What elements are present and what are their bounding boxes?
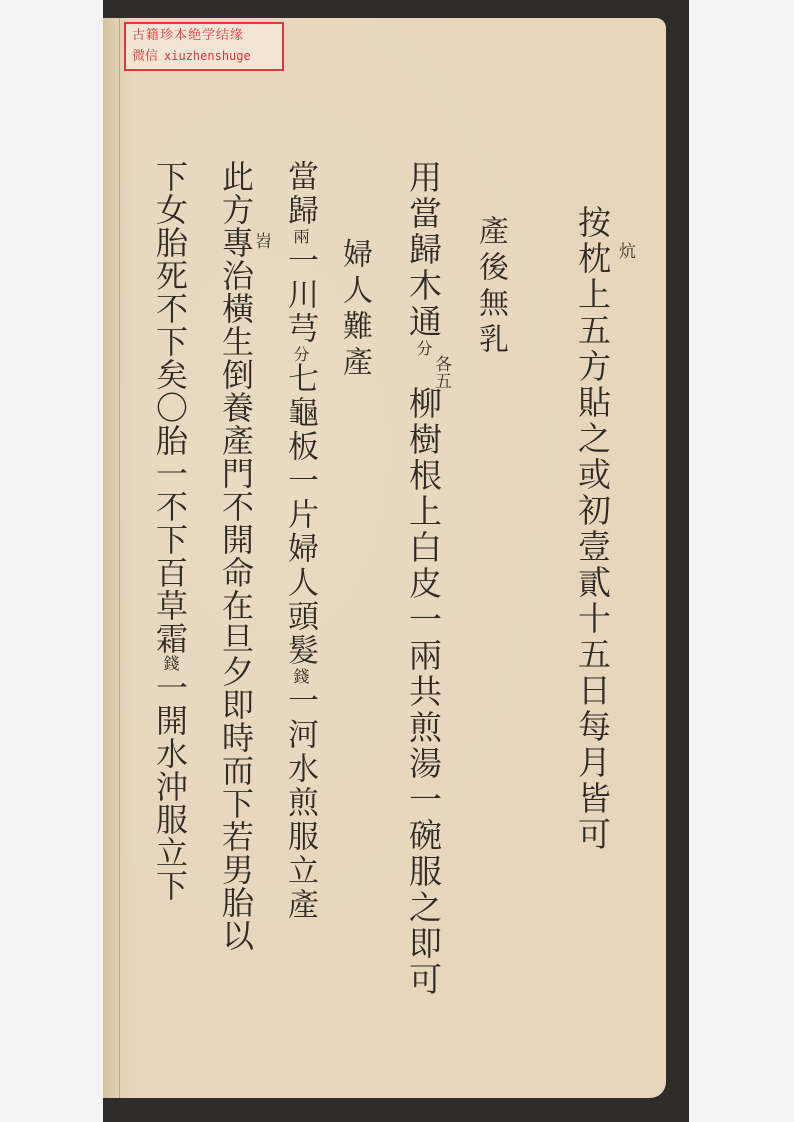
column-text: 當歸: [282, 160, 318, 228]
column-text: 一河水煎服立產: [282, 684, 318, 922]
watermark-title: 古籍珍本绝学结缘: [132, 26, 276, 46]
text-column-5: 當歸兩一川芎分七龜板一片婦人頭髮錢一河水煎服立產: [282, 160, 318, 922]
small-annotation: 錢: [161, 655, 180, 671]
watermark-stamp: 古籍珍本绝学结缘 微信xiuzhenshuge: [124, 22, 284, 71]
column-annotation: 岧: [252, 232, 270, 249]
column-annotation: 各五: [432, 355, 450, 389]
section-heading-difficult-labor: 婦人難產: [336, 238, 372, 382]
column-prefix: 按: [573, 205, 612, 241]
small-annotation: 分: [291, 346, 310, 362]
column-text: 枕上五方貼之或初壹貳十五日每月皆可: [573, 241, 612, 853]
column-text: 一: [282, 244, 318, 278]
column-text: 川芎: [282, 278, 318, 346]
text-column-6: 此方專治橫生倒養產門不開命在旦夕即時而下若男胎以: [218, 160, 254, 952]
column-annotation: 炕: [616, 242, 634, 259]
small-annotation: 錢: [291, 668, 310, 684]
text-column-1: 按枕上五方貼之或初壹貳十五日每月皆可: [574, 205, 610, 853]
small-annotation: 分: [414, 340, 433, 356]
column-text: 七: [282, 362, 318, 396]
watermark-handle: xiuzhenshuge: [164, 49, 251, 63]
column-text: 龜板一片婦人頭髮: [282, 396, 318, 668]
text-column-7: 下女胎死不下矣〇胎一不下百草霜錢一開水沖服立下: [152, 160, 188, 902]
small-annotation: 兩: [291, 228, 310, 244]
section-heading-postpartum: 產後無乳: [472, 215, 508, 359]
watermark-wechat-label: 微信: [132, 49, 158, 64]
column-text: 柳樹根上白皮一兩共煎湯一碗服之即可: [404, 386, 443, 998]
column-text: 下女胎死不下矣〇胎一不下百草霜: [151, 160, 189, 655]
watermark-contact: 微信xiuzhenshuge: [132, 46, 276, 67]
column-text: 一開水沖服立下: [151, 671, 189, 902]
text-column-3: 用當歸木通分柳樹根上白皮一兩共煎湯一碗服之即可: [405, 160, 441, 998]
page-gutter: [103, 18, 120, 1098]
column-text: 用當歸木通: [404, 160, 443, 340]
